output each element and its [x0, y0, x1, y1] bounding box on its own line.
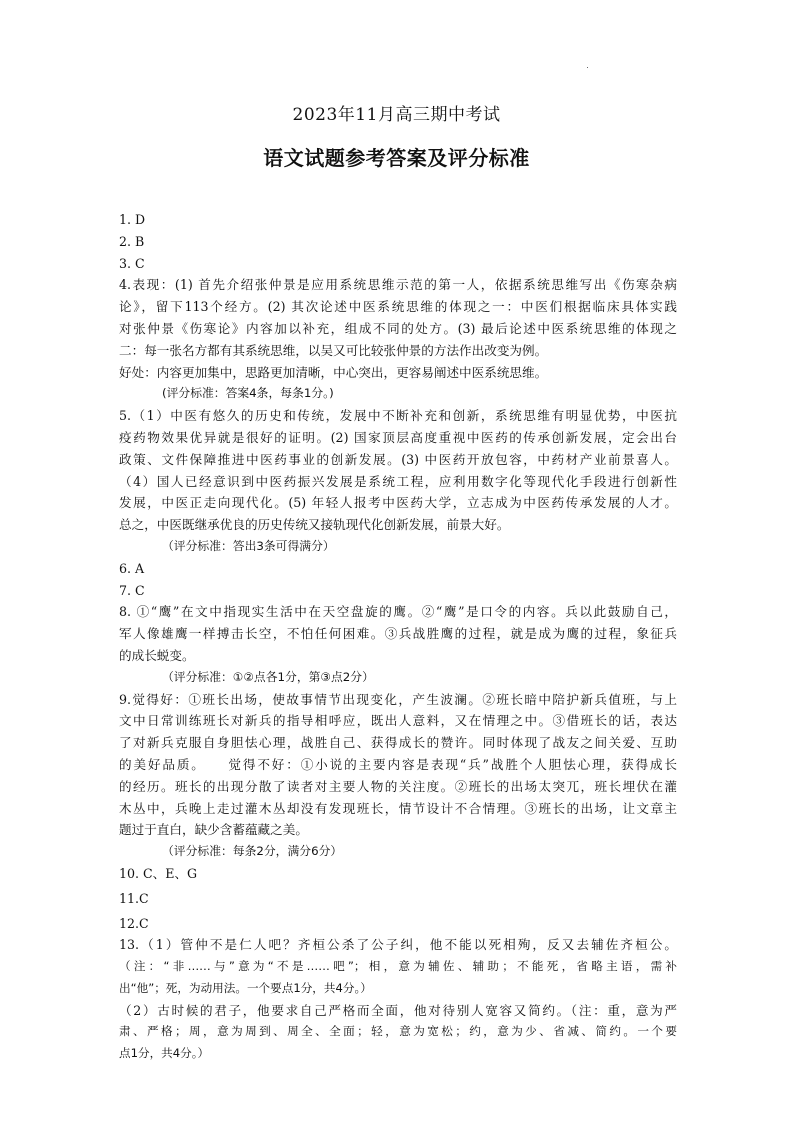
answer-q8: 8. ①“鹰”在文中指现实生活中在天空盘旋的鹰。②“鹰”是口令的内容。兵以此鼓励… — [119, 601, 677, 688]
answer-q9: 9.觉得好：①班长出场，使故事情节出现变化，产生波澜。②班长暗中陪护新兵值班，与… — [119, 689, 677, 863]
answer-line: （2）古时候的君子，他要求自己严格而全面，他对待别人宽容又简约。（注：重，意为严 — [119, 1000, 677, 1022]
scoring-note: （评分标准：每条2分，满分6分） — [119, 841, 677, 863]
answer-line: 的美好品质。 觉得不好：①小说的主要内容是表现“兵”战胜个人胆怯心理，获得成长 — [119, 754, 677, 776]
answer-line: 好处：内容更加集中，思路更加清晰，中心突出，更容易阐述中医系统思维。 — [119, 362, 677, 384]
answer-q4: 4.表现：(1) 首先介绍张仲景是应用系统思维示范的第一人，依据系统思维写出《伤… — [119, 274, 677, 405]
answer-q6: 6. A — [119, 558, 677, 580]
document-page: 2023年11月高三期中考试 语文试题参考答案及评分标准 1. D 2. B 3… — [0, 0, 793, 1122]
answer-q10: 10. C、E、G — [119, 863, 677, 885]
answer-line: 4.表现：(1) 首先介绍张仲景是应用系统思维示范的第一人，依据系统思维写出《伤… — [119, 274, 677, 296]
annotation-note: （注：“非……与”意为“不是……吧”；相，意为辅佐、辅助；不能死，省略主语，需补 — [119, 956, 677, 978]
answer-q2: 2. B — [119, 231, 677, 253]
answer-line: 总之，中医既继承优良的历史传统又接轨现代化创新发展，前景大好。 — [119, 514, 677, 536]
answer-q7: 7. C — [119, 580, 677, 602]
scoring-note: （评分标准：答出3条可得满分） — [119, 536, 677, 558]
answer-q3: 3. C — [119, 253, 677, 275]
answer-q12: 12.C — [119, 913, 677, 935]
scoring-note: （评分标准：①②点各1分，第③点2分） — [119, 667, 677, 689]
answer-line: 题过于直白，缺少含蓄蕴藏之美。 — [119, 819, 677, 841]
answer-line: 8. ①“鹰”在文中指现实生活中在天空盘旋的鹰。②“鹰”是口令的内容。兵以此鼓励… — [119, 601, 677, 623]
answer-q5: 5.（1）中医有悠久的历史和传统，发展中不断补充和创新，系统思维有明显优势，中医… — [119, 405, 677, 558]
answer-line: 木丛中，兵晚上走过灌木丛却没有发现班长，情节设计不合情理。③班长的出场，让文章主 — [119, 798, 677, 820]
scoring-note: (评分标准：答案4条，每条1分。) — [119, 383, 677, 405]
answer-line: 发展，中医正走向现代化。(5) 年轻人报考中医药大学，立志成为中医药传承发展的人… — [119, 492, 677, 514]
answer-line: 对张仲景《伤寒论》内容加以补充，组成不同的处方。(3) 最后论述中医系统思维的体… — [119, 318, 677, 340]
answer-line: 5.（1）中医有悠久的历史和传统，发展中不断补充和创新，系统思维有明显优势，中医… — [119, 405, 677, 427]
answer-line: 疫药物效果优异就是很好的证明。(2) 国家顶层高度重视中医药的传承创新发展，定会… — [119, 427, 677, 449]
answer-line: 政策、文件保障推进中医药事业的创新发展。(3) 中医药开放包容，中药材产业前景喜… — [119, 449, 677, 471]
annotation-note: 出“他”；死，为动用法。一个要点1分，共4分。） — [119, 978, 677, 1000]
answer-q13: 13.（1）管仲不是仁人吧？齐桓公杀了公子纠，他不能以死相殉，反又去辅佐齐桓公。… — [119, 934, 677, 1065]
answer-line: 了对新兵克服自身胆怯心理，战胜自己、获得成长的赞许。同时体现了战友之间关爱、互助 — [119, 732, 677, 754]
answer-line: 文中日常训练班长对新兵的指导相呼应，既出人意料，又在情理之中。③借班长的话，表达 — [119, 710, 677, 732]
answer-line: 的成长蜕变。 — [119, 645, 677, 667]
annotation-note: 肃、严格；周，意为周到、周全、全面；轻，意为宽松；约，意为少、省减、简约。一个要 — [119, 1021, 677, 1043]
answer-line: 的经历。班长的出现分散了读者对主要人物的关注度。②班长的出场太突兀，班长埋伏在灌 — [119, 776, 677, 798]
answer-line: 9.觉得好：①班长出场，使故事情节出现变化，产生波澜。②班长暗中陪护新兵值班，与… — [119, 689, 677, 711]
answer-line: 军人像雄鹰一样搏击长空，不怕任何困难。③兵战胜鹰的过程，就是成为鹰的过程，象征兵 — [119, 623, 677, 645]
exam-title: 2023年11月高三期中考试 — [0, 100, 793, 125]
answer-q1: 1. D — [119, 209, 677, 231]
answer-line: （4）国人已经意识到中医药振兴发展是系统工程，应利用数字化等现代化手段进行创新性 — [119, 471, 677, 493]
answer-body: 1. D 2. B 3. C 4.表现：(1) 首先介绍张仲景是应用系统思维示范… — [119, 209, 677, 1065]
answer-line: 13.（1）管仲不是仁人吧？齐桓公杀了公子纠，他不能以死相殉，反又去辅佐齐桓公。 — [119, 934, 677, 956]
answer-line: 论》，留下113个经方。(2) 其次论述中医系统思维的体现之一：中医们根据临床具… — [119, 296, 677, 318]
annotation-note: 点1分，共4分。） — [119, 1043, 677, 1065]
answer-q11: 11.C — [119, 888, 677, 910]
document-title: 语文试题参考答案及评分标准 — [0, 142, 793, 171]
stray-dot — [587, 67, 588, 68]
answer-line: 二：每一张名方都有其系统思维，以吴又可比较张仲景的方法作出改变为例。 — [119, 340, 677, 362]
